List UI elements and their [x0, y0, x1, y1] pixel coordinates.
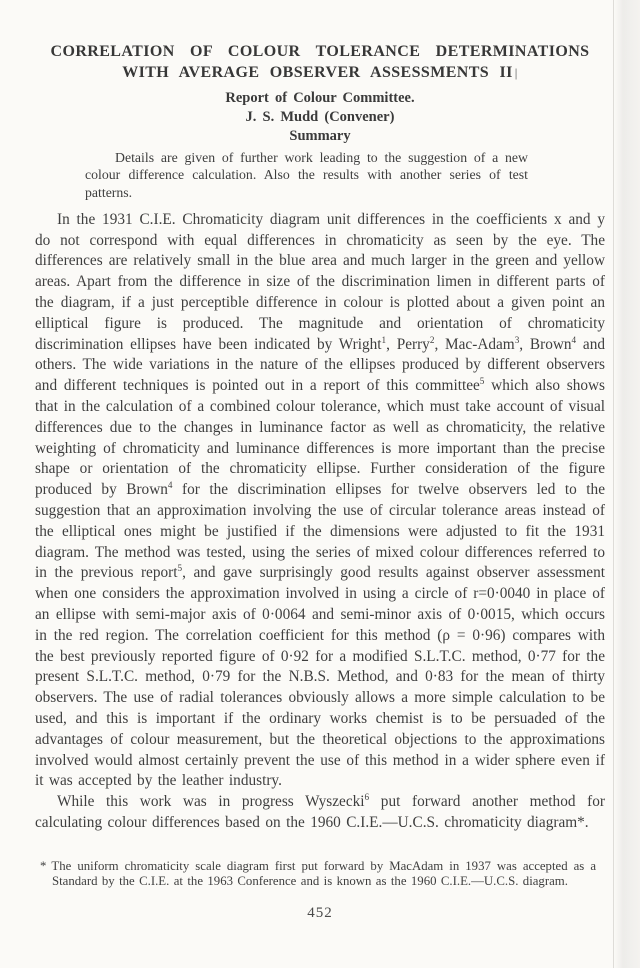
body-paragraph-2: While this work was in progress Wyszecki…	[35, 792, 605, 834]
footnote-text: The uniform chromaticity scale diagram f…	[51, 859, 596, 888]
summary-paragraph: Details are given of further work leadin…	[85, 149, 528, 201]
page-number: 452	[35, 905, 605, 922]
footnote-marker: *	[40, 859, 51, 873]
body-paragraph-1: In the 1931 C.I.E. Chromaticity diagram …	[35, 210, 605, 792]
page-content: CORRELATION OF COLOUR TOLERANCE DETERMIN…	[0, 0, 640, 922]
document-title: CORRELATION OF COLOUR TOLERANCE DETERMIN…	[35, 42, 605, 83]
title-line-2-text: WITH AVERAGE OBSERVER ASSESSMENTS II	[122, 64, 513, 81]
footnote: *The uniform chromaticity scale diagram …	[35, 859, 596, 889]
title-line-1: CORRELATION OF COLOUR TOLERANCE DETERMIN…	[35, 42, 605, 62]
document-page: CORRELATION OF COLOUR TOLERANCE DETERMIN…	[0, 0, 640, 968]
summary-heading: Summary	[35, 127, 605, 145]
print-artifact-mark: |	[515, 65, 518, 80]
report-subtitle: Report of Colour Committee.	[35, 89, 605, 107]
title-line-2: WITH AVERAGE OBSERVER ASSESSMENTS II|	[35, 63, 605, 83]
author-line: J. S. Mudd (Convener)	[35, 108, 605, 126]
